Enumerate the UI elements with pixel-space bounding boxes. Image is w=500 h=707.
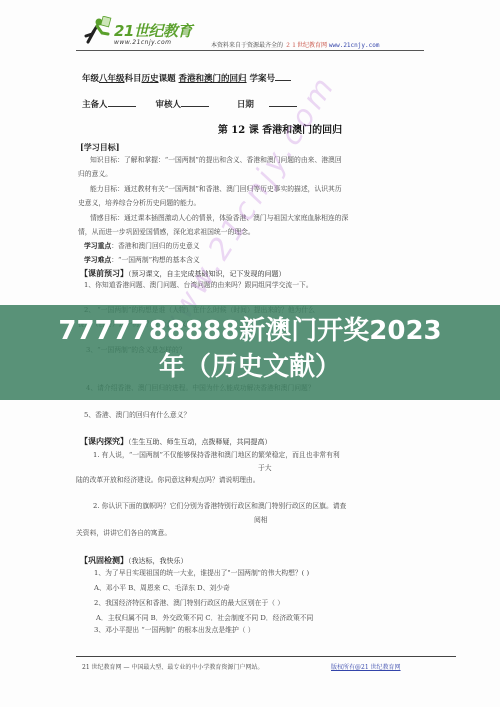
difficult-point-line: 学习难点：“一国两制”构想的基本含义 xyxy=(84,257,200,264)
ability-objective-line1: 能力目标：通过教材有关“一国两制”和香港、澳门回归等历史事实的描述，认识其历 xyxy=(90,186,342,193)
key-point-text: ：香港和澳门回归的历史意义 xyxy=(111,242,199,250)
inquiry-question-1-line3: 陆的改革开放和经济建设。你同意这种观点吗？请说明理由。 xyxy=(76,477,260,484)
inquiry-heading-sub: （生生互助、师生互动，点拨释疑，共同提高） xyxy=(128,438,272,446)
topic-label: 课题 xyxy=(159,74,176,84)
preparer-label: 主备人 xyxy=(82,100,108,110)
logo-text: 21世纪教育 xyxy=(114,20,192,41)
objectives-heading: [学习目标] xyxy=(80,142,120,153)
footer-tagline: 21 世纪教育网 — 中国最大型、最专业的中小学教育资源门户网站。 xyxy=(82,662,263,671)
check-question-2-options: A．主权归属不同 B．外交政策不同 C．社会制度不同 D．经济政策不同 xyxy=(96,615,313,622)
footer-copyright-link[interactable]: 版权所有@21 世纪教育网 xyxy=(331,662,401,671)
inquiry-heading: 【课内探究】（生生互助、师生互动，点拨释疑，共同提高） xyxy=(80,436,272,447)
grade-value: 八年级 xyxy=(99,74,125,84)
logo-url: www.21cnjy.com xyxy=(114,39,171,46)
inquiry-question-2-line1: 2. 你认识下面的旗帜吗？它们分别为香港特别行政区和澳门特别行政区的区旗。请查 xyxy=(93,503,346,510)
knowledge-objective-line2: 归的意义。 xyxy=(78,171,112,178)
runner-icon xyxy=(82,16,112,46)
reviewer-label: 审核人 xyxy=(155,100,181,110)
key-point-label: 学习重点 xyxy=(84,242,111,250)
case-number-blank xyxy=(275,73,291,81)
topic-value: 香港和澳门的回归 xyxy=(179,74,247,84)
check-question-1-options: A、邓小平 B、周恩来 C、毛泽东 D、刘少奇 xyxy=(94,585,230,592)
inquiry-question-1-line1: 1. 有人说，“一国两制”不仅能够保持香港和澳门地区的繁荣稳定，而且也非常有利 xyxy=(93,452,340,459)
header-note-url[interactable]: www.21cnjy.com xyxy=(329,42,380,49)
key-point-line: 学习重点：香港和澳门回归的历史意义 xyxy=(84,243,200,250)
reviewer-blank xyxy=(181,99,209,107)
footer-divider xyxy=(76,656,456,657)
inquiry-question-2-line3: 关资料，讲讲它们各自的寓意。 xyxy=(76,530,171,537)
difficult-point-text: ：“一国两制”构想的基本含义 xyxy=(111,256,200,264)
preparer-blank xyxy=(108,99,136,107)
check-heading-label: 【巩固检测】 xyxy=(80,555,128,565)
header-note-brand[interactable]: ２１世纪教育网 xyxy=(285,42,327,49)
header-divider xyxy=(76,50,424,51)
inquiry-question-2-line2: 阅相 xyxy=(254,517,268,524)
inquiry-question-1-line2: 于大 xyxy=(258,465,272,472)
check-question-2: 2、我国经济特区和香港、澳门特别行政区的最大区别在于（ ） xyxy=(94,600,284,607)
check-heading-sub: （我达标，我快乐） xyxy=(128,557,188,565)
header-source-note: 本资料来自于资源最齐全的 ２１世纪教育网 www.21cnjy.com xyxy=(211,40,379,49)
document-page: 21世纪教育 www.21cnjy.com 本资料来自于资源最齐全的 ２１世纪教… xyxy=(0,0,500,707)
header-note-prefix: 本资料来自于资源最齐全的 xyxy=(211,42,283,49)
subject-value: 历史 xyxy=(142,74,159,84)
banner-title: 7777788888新澳门开奖2023年（历史文献） xyxy=(0,313,500,385)
date-label: 日期 xyxy=(237,100,254,110)
difficult-point-label: 学习难点 xyxy=(84,256,111,264)
preview-question-5: 5、香港、澳门的回归有什么意义？ xyxy=(84,412,190,419)
case-number-label: 学案号 xyxy=(250,74,276,84)
grade-label: 年级 xyxy=(82,74,99,84)
ability-objective-line2: 史意义，培养综合分析历史问题的能力。 xyxy=(78,200,200,207)
subject-label: 科目 xyxy=(125,74,142,84)
staff-info-line: 主备人 审核人 日期 xyxy=(82,98,297,110)
check-heading: 【巩固检测】（我达标，我快乐） xyxy=(80,555,188,566)
course-info-line: 年级八年级科目历史课题 香港和澳门的回归 学案号 xyxy=(82,72,291,84)
check-question-1: 1、为了早日实现祖国的统一大业，谁提出了"一国两制"的伟大构想？( ) xyxy=(94,570,309,577)
preview-heading-label: 【课前预习】 xyxy=(80,268,128,278)
inquiry-heading-label: 【课内探究】 xyxy=(80,436,128,446)
check-question-3: 3、邓小平提出 “一国两制” 的根本出发点是维护（ ） xyxy=(94,627,255,634)
lesson-title: 第 12 课 香港和澳门的回归 xyxy=(0,121,500,136)
knowledge-objective-line1: 知识目标：了解和掌握：“一国两制”的提出和含义、香港和澳门问题的由来、港澳回 xyxy=(90,157,342,164)
site-logo[interactable]: 21世纪教育 www.21cnjy.com xyxy=(82,14,192,48)
